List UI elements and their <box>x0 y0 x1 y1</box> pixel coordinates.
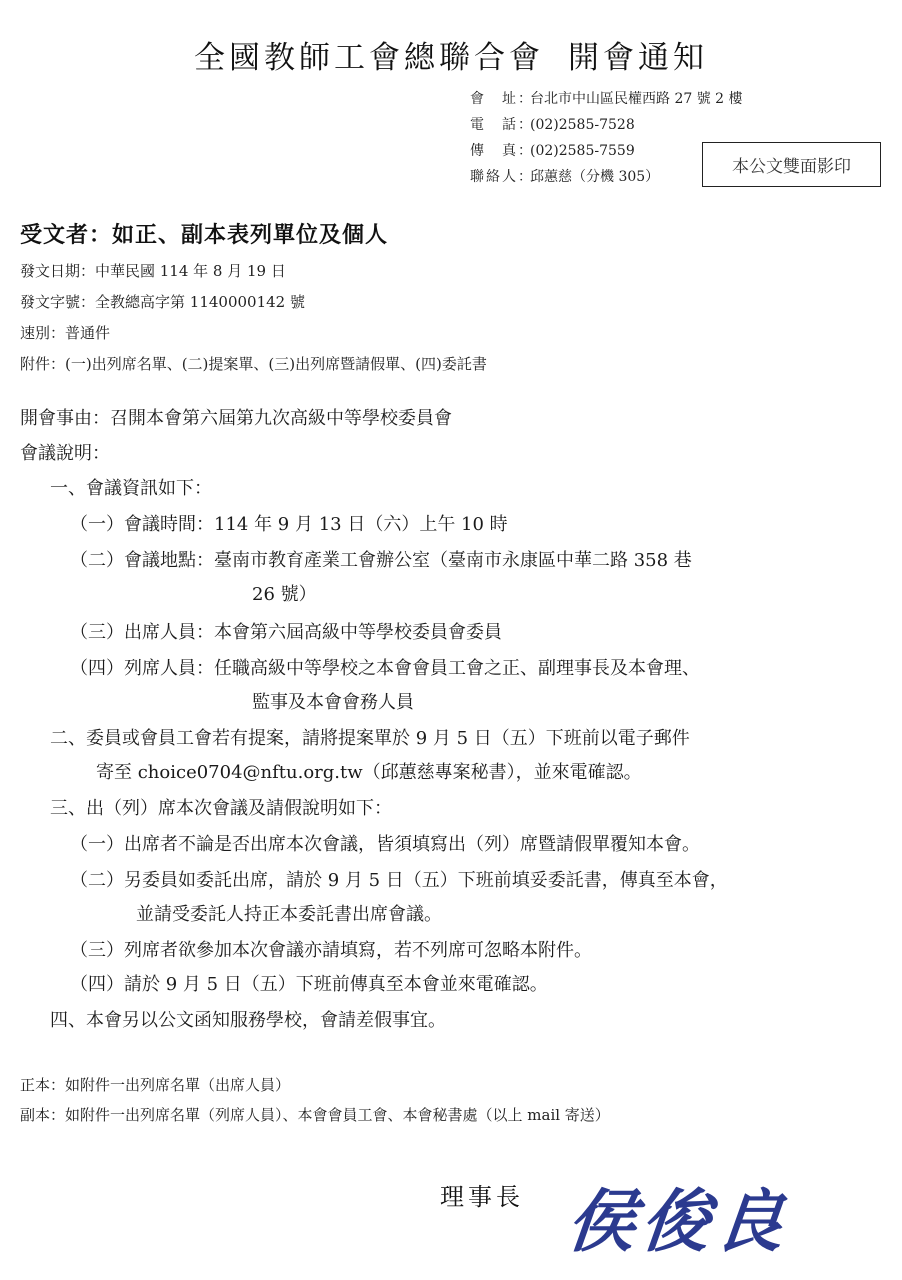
contact-value: (02)2585-7559 <box>530 143 635 159</box>
contact-label: 會 址： <box>470 86 530 112</box>
item-text: 本會第六屆高級中等學校委員會委員 <box>214 622 502 643</box>
item-text: 臺南市教育產業工會辦公室（臺南市永康區中華二路 358 巷 <box>214 550 692 571</box>
section-3-item-3: （三）列席者欲參加本次會議亦請填寫，若不列席可忽略本附件。 <box>70 936 592 962</box>
meeting-location-cont: 26 號） <box>252 580 317 606</box>
duplex-print-notice: 本公文雙面影印 <box>702 142 881 187</box>
section-2-line-1: 二、委員或會員工會若有提案，請將提案單於 9 月 5 日（五）下班前以電子郵件 <box>50 724 690 750</box>
item-label: （三）出席人員： <box>70 622 214 643</box>
section-3-item-2-cont: 並請受委託人持正本委託書出席會議。 <box>136 900 442 926</box>
attendees: （三）出席人員：本會第六屆高級中等學校委員會委員 <box>70 618 502 644</box>
section-3-heading: 三、出（列）席本次會議及請假說明如下： <box>50 794 392 820</box>
explanation-heading: 會議說明： <box>20 439 110 465</box>
meeting-time: （一）會議時間：114 年 9 月 13 日（六）上午 10 時 <box>70 510 508 536</box>
contact-label: 聯絡人： <box>470 164 530 190</box>
copy-recipients: 副本：如附件一出列席名單（列席人員）、本會會員工會、本會秘書處（以上 mail … <box>20 1100 610 1130</box>
signature-seal: 侯俊良 <box>563 1168 795 1265</box>
item-label: （一）會議時間： <box>70 514 214 535</box>
signer-title: 理事長 <box>440 1177 524 1212</box>
document-body: 開會事由：召開本會第六屆第九次高級中等學校委員會 會議說明： 一、會議資訊如下：… <box>20 400 890 1040</box>
document-title: 全國教師工會總聯合會開會通知 <box>0 32 902 77</box>
title-doc-type: 開會通知 <box>568 40 708 76</box>
contact-label: 傳 真： <box>470 138 530 164</box>
contact-value: (02)2585-7528 <box>530 117 635 133</box>
section-1-heading: 一、會議資訊如下： <box>50 474 212 500</box>
observers: （四）列席人員：任職高級中等學校之本會會員工會之正、副理事長及本會理、 <box>70 654 700 680</box>
section-4: 四、本會另以公文函知服務學校，會請差假事宜。 <box>50 1006 446 1032</box>
meeting-location: （二）會議地點：臺南市教育產業工會辦公室（臺南市永康區中華二路 358 巷 <box>70 546 692 572</box>
contact-phone: 電 話：(02)2585-7528 <box>470 112 743 138</box>
item-label: （四）列席人員： <box>70 658 214 679</box>
issue-date: 發文日期：中華民國 114 年 8 月 19 日 <box>20 256 487 287</box>
urgency: 速別：普通件 <box>20 318 487 349</box>
document-meta: 發文日期：中華民國 114 年 8 月 19 日 發文字號：全教總高字第 114… <box>20 256 487 380</box>
section-3-item-2: （二）另委員如委託出席，請於 9 月 5 日（五）下班前填妥委託書，傳真至本會， <box>70 866 728 892</box>
title-organization: 全國教師工會總聯合會 <box>194 40 544 76</box>
item-text: 114 年 9 月 13 日（六）上午 10 時 <box>214 514 508 535</box>
distribution-list: 正本：如附件一出列席名單（出席人員） 副本：如附件一出列席名單（列席人員）、本會… <box>20 1070 610 1130</box>
original-recipients: 正本：如附件一出列席名單（出席人員） <box>20 1070 610 1100</box>
section-2-line-2: 寄至 choice0704@nftu.org.tw（邱蕙慈專案秘書），並來電確認… <box>96 758 642 784</box>
document-number: 發文字號：全教總高字第 1140000142 號 <box>20 287 487 318</box>
attachments: 附件：(一)出列席名單、(二)提案單、(三)出列席暨請假單、(四)委託書 <box>20 349 487 380</box>
meeting-subject: 開會事由：召開本會第六屆第九次高級中等學校委員會 <box>20 404 452 430</box>
section-3-item-1: （一）出席者不論是否出席本次會議，皆須填寫出（列）席暨請假單覆知本會。 <box>70 830 700 856</box>
item-label: （二）會議地點： <box>70 550 214 571</box>
contact-address: 會 址：台北市中山區民權西路 27 號 2 樓 <box>470 86 743 112</box>
contact-label: 電 話： <box>470 112 530 138</box>
observers-cont: 監事及本會會務人員 <box>252 688 414 714</box>
section-3-item-4: （四）請於 9 月 5 日（五）下班前傳真至本會並來電確認。 <box>70 970 548 996</box>
contact-value: 台北市中山區民權西路 27 號 2 樓 <box>530 91 743 107</box>
contact-value: 邱蕙慈（分機 305） <box>530 169 659 185</box>
recipient-line: 受文者：如正、副本表列單位及個人 <box>20 218 388 249</box>
item-text: 任職高級中等學校之本會會員工會之正、副理事長及本會理、 <box>214 658 700 679</box>
